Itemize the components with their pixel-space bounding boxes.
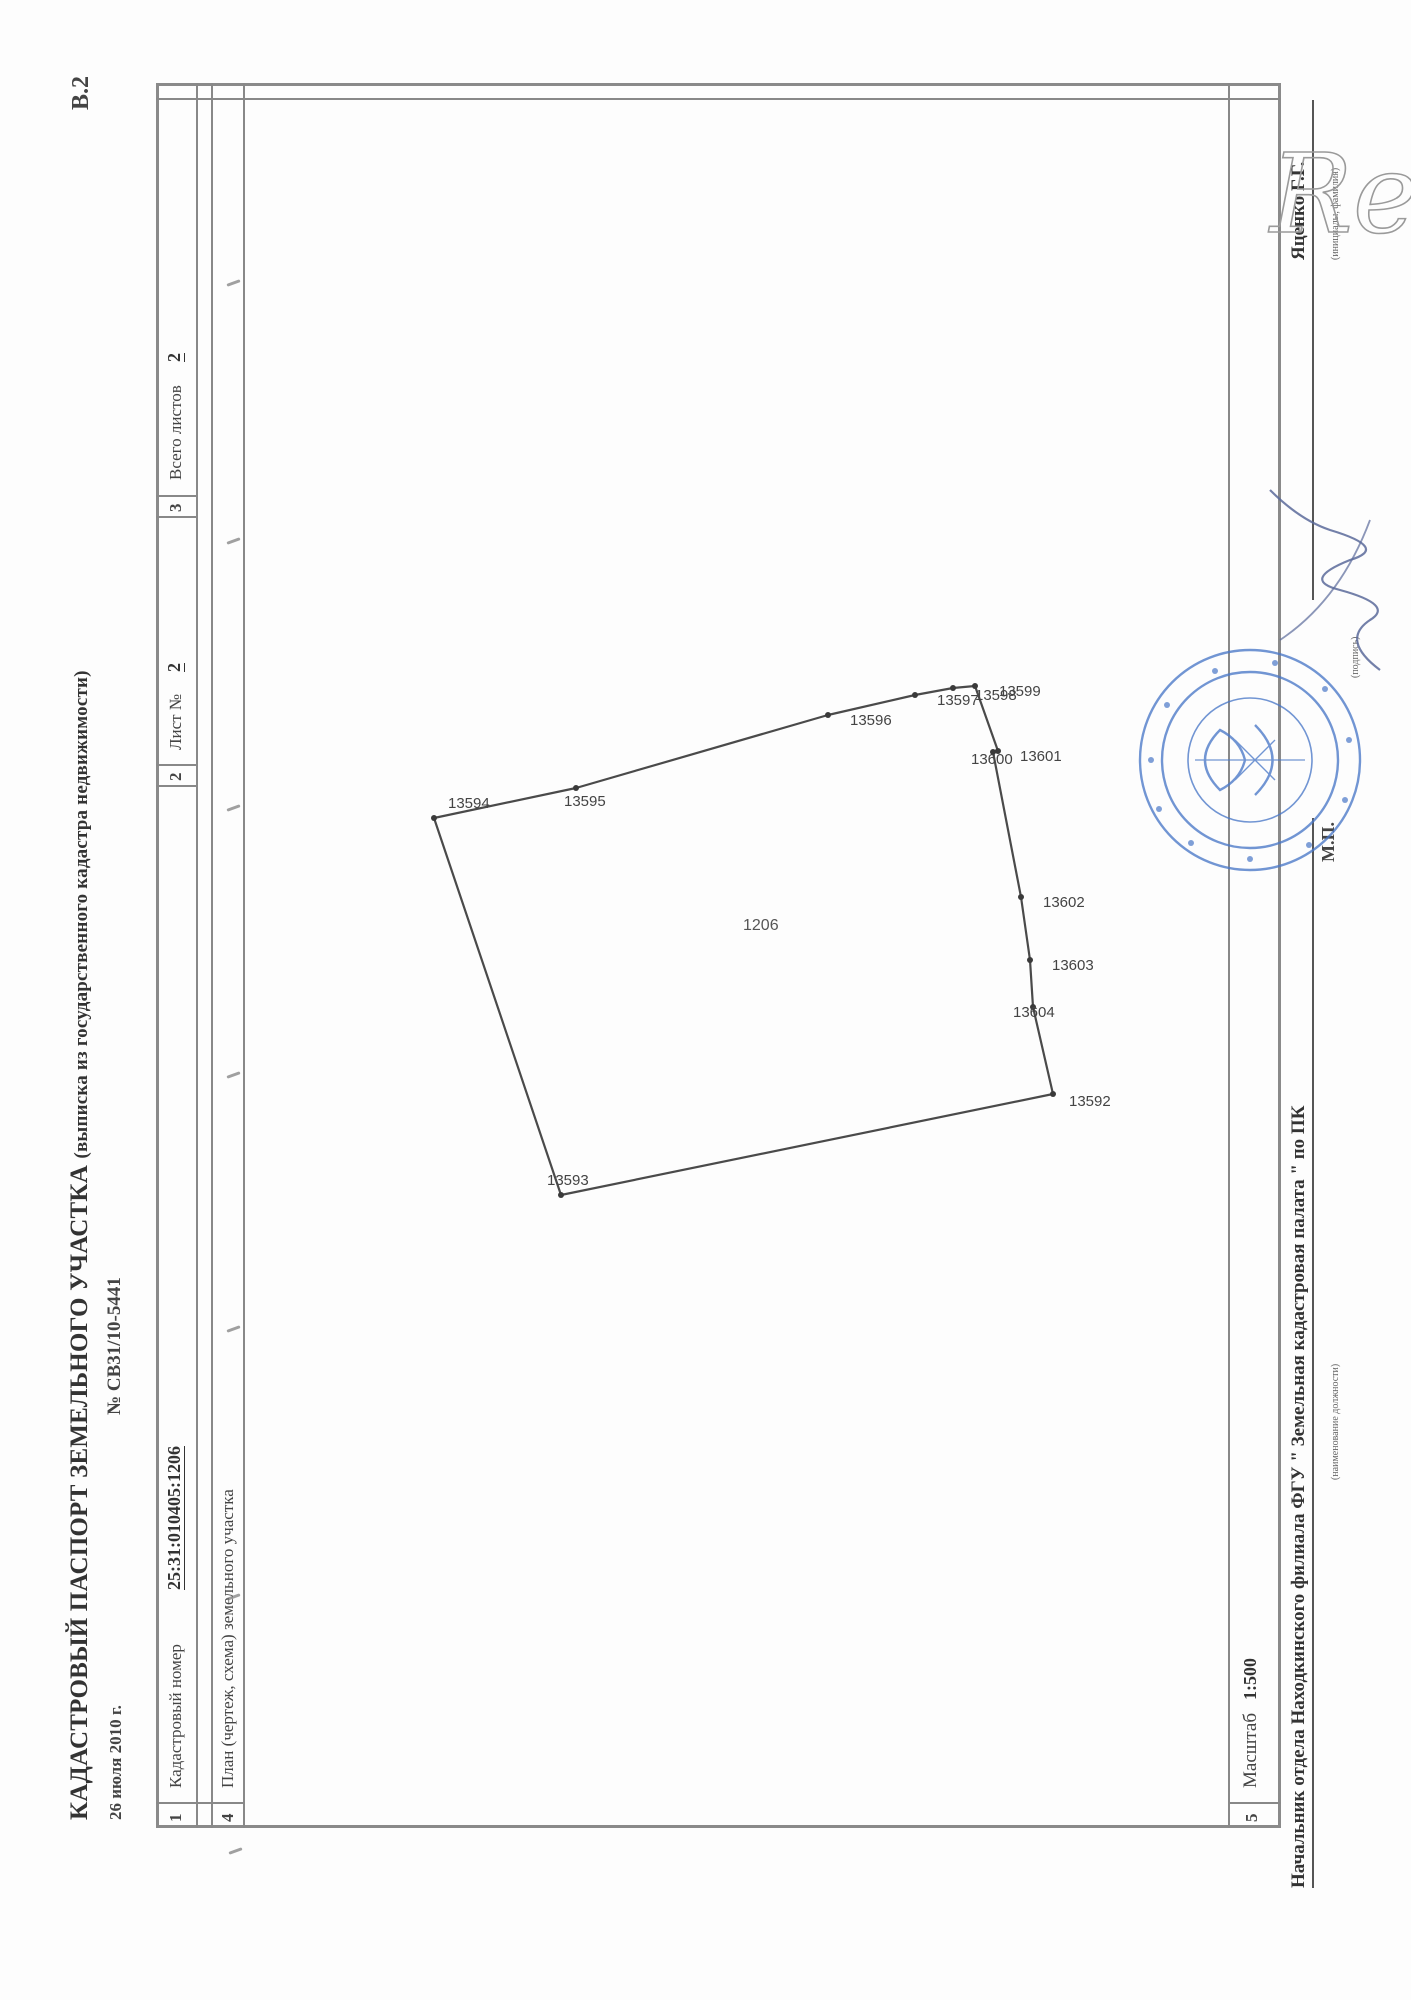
official-position: Начальник отдела Находкинского филиала Ф… [1288, 1106, 1310, 1888]
boundary-point-marker [972, 683, 978, 689]
boundary-point-label: 13603 [1052, 957, 1094, 974]
parcel-boundary [434, 686, 1053, 1195]
boundary-points: 1359313594135951359613597135981359913601… [431, 683, 1111, 1198]
boundary-point-label: 13604 [1013, 1004, 1055, 1021]
cadastral-passport-page: КАДАСТРОВЫЙ ПАСПОРТ ЗЕМЕЛЬНОГО УЧАСТКА (… [0, 0, 1411, 2000]
boundary-point-label: 13599 [999, 683, 1041, 700]
boundary-point-marker [912, 692, 918, 698]
signature-icon [1240, 480, 1400, 680]
boundary-point-label: 13601 [1020, 748, 1062, 765]
boundary-point-label: 13597 [937, 692, 979, 709]
boundary-point-label: 13592 [1069, 1093, 1111, 1110]
boundary-point-marker [558, 1192, 564, 1198]
boundary-point-marker [1050, 1091, 1056, 1097]
boundary-point-label: 13596 [850, 712, 892, 729]
boundary-point-marker [431, 815, 437, 821]
parcel-number-label: 1206 [743, 917, 779, 934]
boundary-point-label: 13602 [1043, 894, 1085, 911]
boundary-point-marker [1027, 957, 1033, 963]
land-plot-plan: 1359313594135951359613597135981359913601… [0, 0, 1411, 2000]
boundary-point-label: 13600 [971, 751, 1013, 768]
boundary-point-marker [1018, 894, 1024, 900]
boundary-point-marker [825, 712, 831, 718]
boundary-point-marker [573, 785, 579, 791]
boundary-point-label: 13594 [448, 795, 490, 812]
boundary-point-label: 13593 [547, 1172, 589, 1189]
boundary-point-label: 13595 [564, 793, 606, 810]
boundary-point-marker [950, 685, 956, 691]
restate-watermark: Restate [1270, 130, 1411, 258]
position-caption: (наименование должности) [1330, 1364, 1341, 1480]
position-underline [1312, 818, 1314, 1888]
